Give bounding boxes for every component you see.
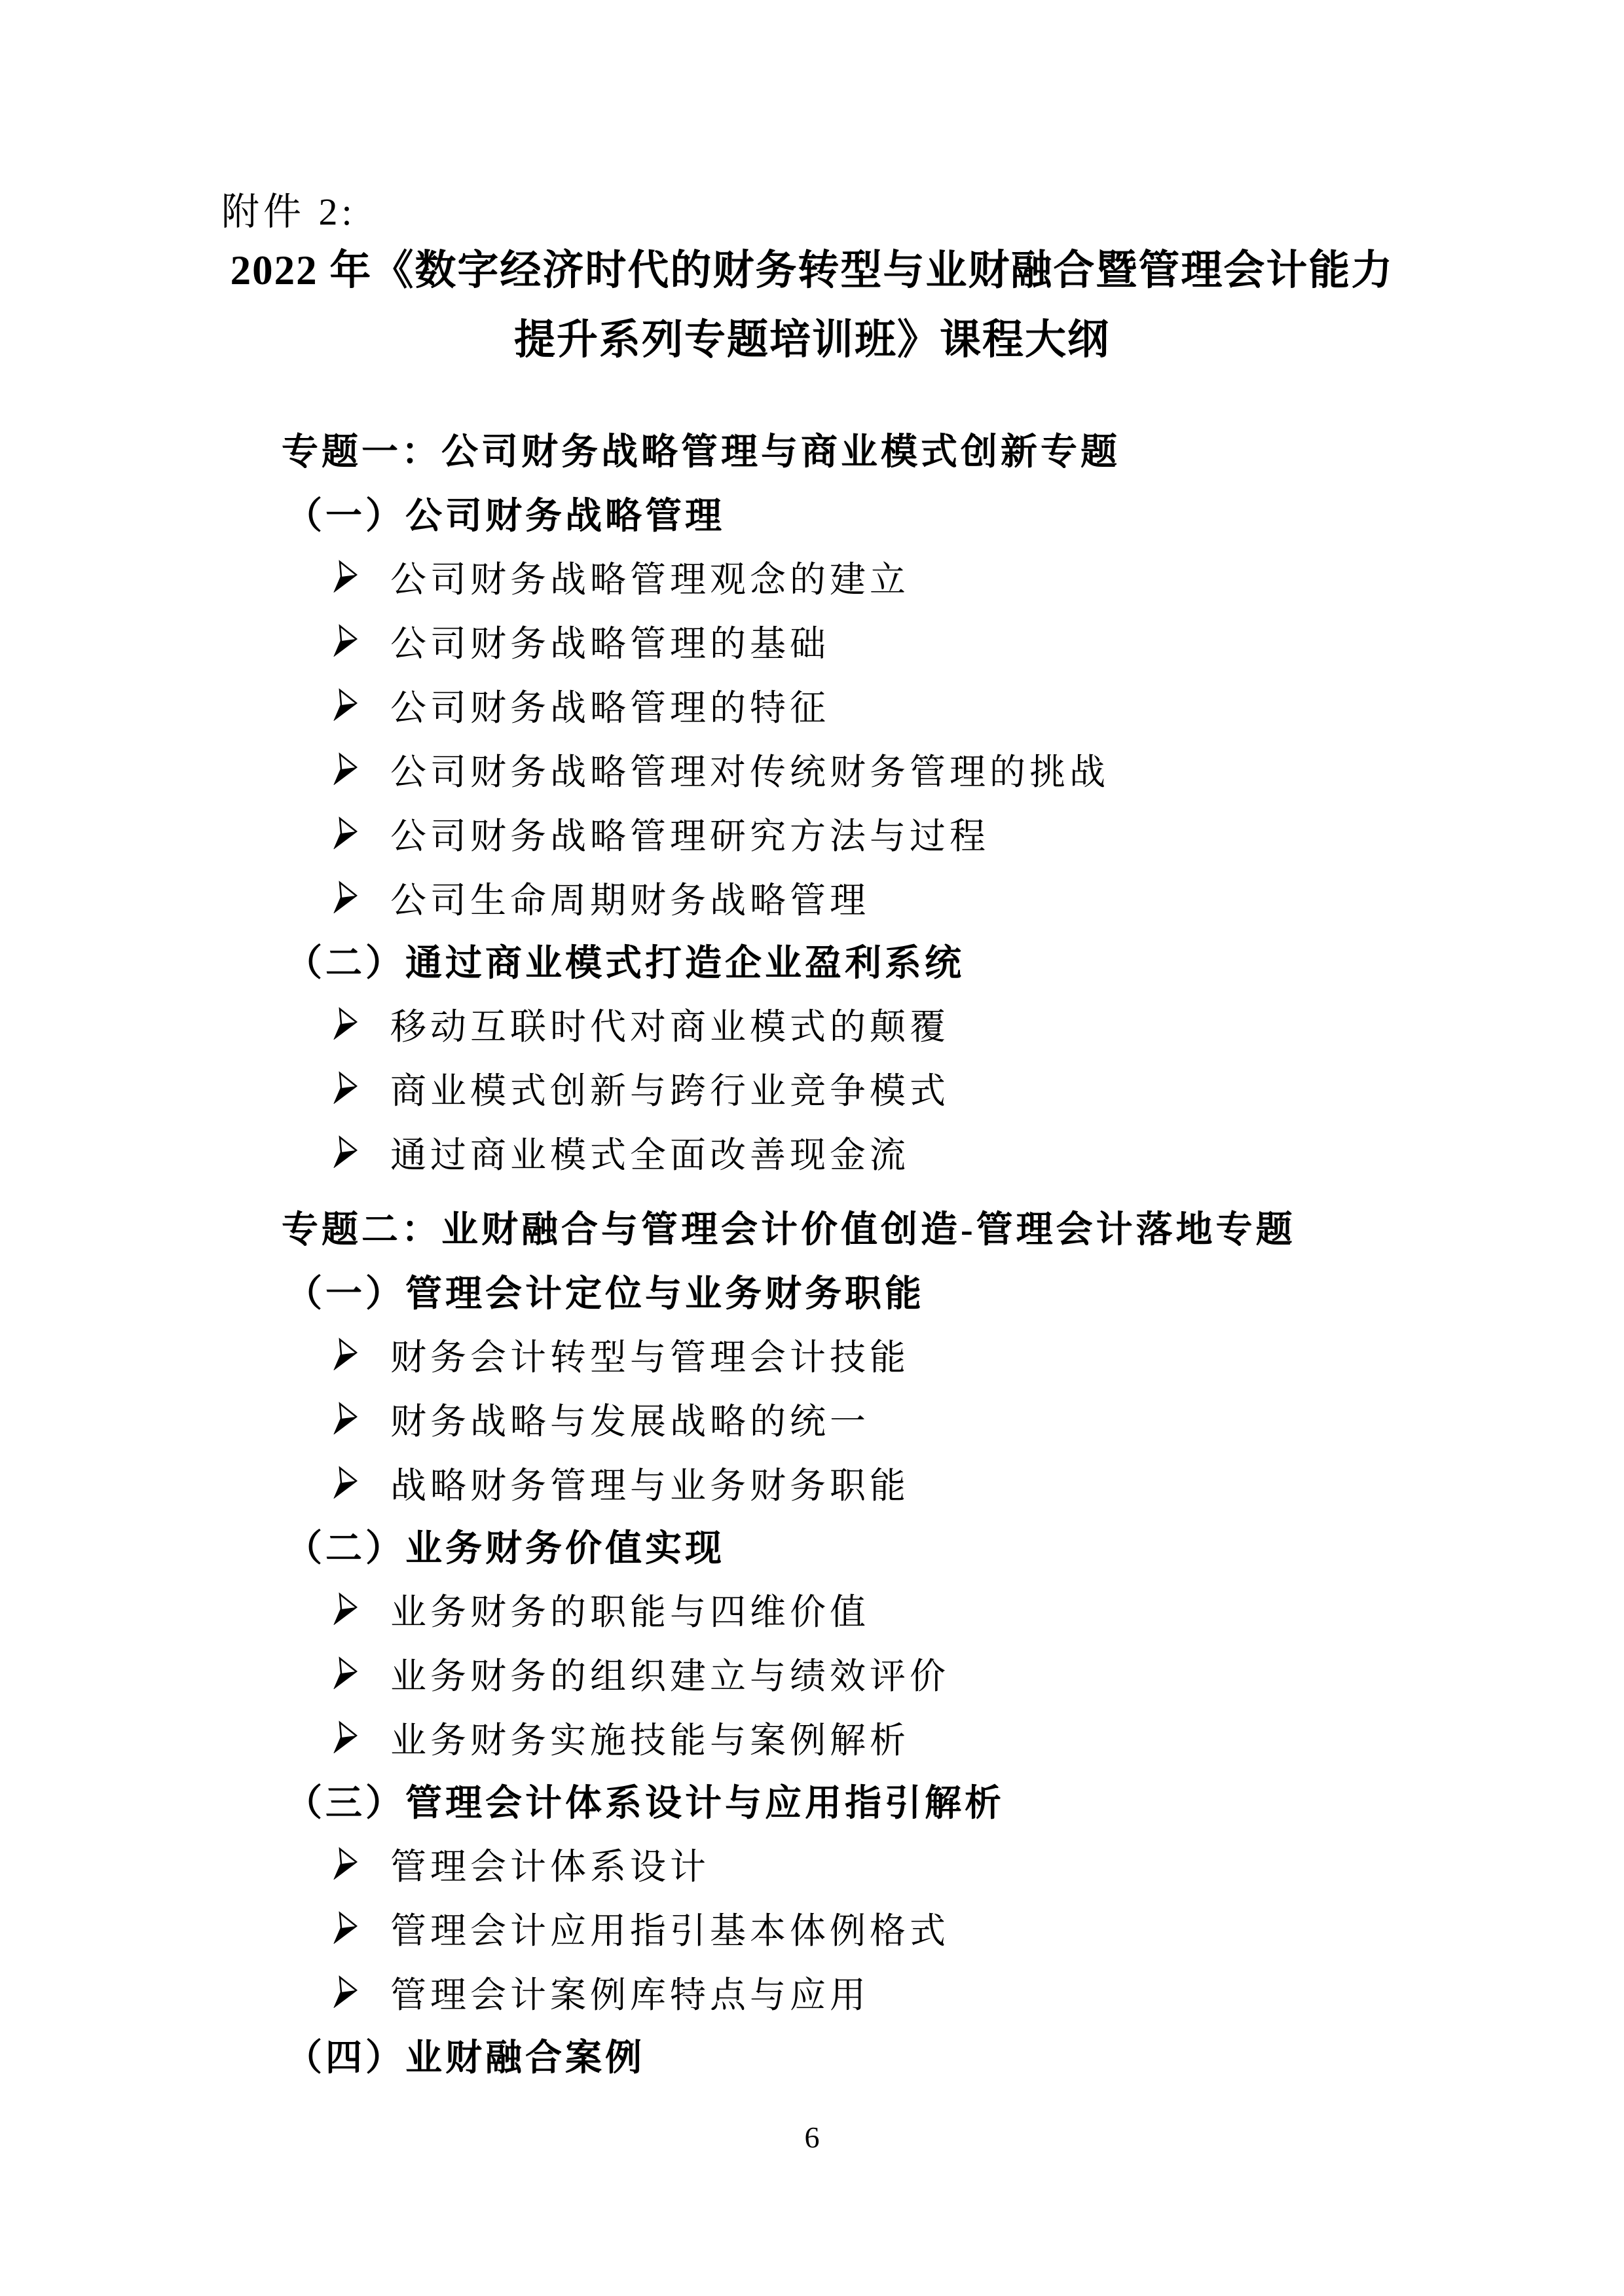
outline-item-text: 公司财务战略管理的基础 [390, 615, 830, 666]
outline-item-text: （四）业财融合案例 [286, 2029, 645, 2081]
outline-bullet-item: 公司财务战略管理对传统财务管理的挑战 [0, 737, 1624, 801]
outline-topic-heading: 专题一：公司财务战略管理与商业模式创新专题 [0, 416, 1624, 482]
outline-section-heading: （一）管理会计定位与业务财务职能 [0, 1260, 1624, 1322]
document-title: 2022 年《数字经济时代的财务转型与业财融合暨管理会计能力 提升系列专题培训班… [79, 236, 1545, 374]
outline-item-text: 公司财务战略管理的特征 [390, 679, 830, 731]
dart-arrow-icon [331, 1466, 358, 1499]
outline-item-text: （二）通过商业模式打造企业盈利系统 [286, 934, 965, 987]
page-number: 6 [0, 2120, 1624, 2155]
document-title-line2: 提升系列专题培训班》课程大纲 [79, 305, 1545, 374]
dart-arrow-icon [331, 1975, 358, 2008]
outline-bullet-item: 管理会计案例库特点与应用 [0, 1959, 1624, 2024]
outline-item-text: 公司财务战略管理观念的建立 [390, 551, 910, 602]
outline-item-text: 公司财务战略管理研究方法与过程 [390, 807, 989, 859]
outline-bullet-item: 财务战略与发展战略的统一 [0, 1386, 1624, 1450]
dart-arrow-icon [331, 1071, 358, 1104]
outline-bullet-item: 业务财务的职能与四维价值 [0, 1576, 1624, 1641]
dart-arrow-icon [331, 752, 358, 785]
outline-bullet-item: 商业模式创新与跨行业竞争模式 [0, 1055, 1624, 1120]
outline-item-text: 通过商业模式全面改善现金流 [390, 1126, 910, 1178]
outline-item-text: 专题一：公司财务战略管理与商业模式创新专题 [282, 423, 1120, 475]
outline-section-heading: （一）公司财务战略管理 [0, 482, 1624, 544]
outline-bullet-item: 业务财务实施技能与案例解析 [0, 1705, 1624, 1769]
dart-arrow-icon [331, 1911, 358, 1944]
outline-bullet-item: 通过商业模式全面改善现金流 [0, 1120, 1624, 1184]
dart-arrow-icon [331, 1135, 358, 1168]
outline-item-text: 业务财务的职能与四维价值 [390, 1583, 870, 1635]
outline-item-text: 管理会计案例库特点与应用 [390, 1966, 870, 2018]
outline-item-text: （二）业务财务价值实现 [286, 1520, 725, 1572]
outline-topic-heading: 专题二：业财融合与管理会计价值创造-管理会计落地专题 [0, 1194, 1624, 1260]
outline-item-text: 管理会计应用指引基本体例格式 [390, 1902, 950, 1954]
outline-bullet-item: 财务会计转型与管理会计技能 [0, 1322, 1624, 1386]
outline-bullet-item: 公司财务战略管理研究方法与过程 [0, 801, 1624, 865]
outline-bullet-item: 公司财务战略管理观念的建立 [0, 544, 1624, 608]
outline-item-text: 财务会计转型与管理会计技能 [390, 1328, 910, 1380]
document-title-line1: 2022 年《数字经济时代的财务转型与业财融合暨管理会计能力 [79, 236, 1545, 305]
outline-item-text: 业务财务实施技能与案例解析 [390, 1711, 910, 1763]
dart-arrow-icon [331, 560, 358, 592]
outline-bullet-item: 公司财务战略管理的特征 [0, 672, 1624, 737]
outline-bullet-item: 公司财务战略管理的基础 [0, 608, 1624, 672]
outline-item-text: 财务战略与发展战略的统一 [390, 1393, 870, 1444]
outline-section-heading: （二）通过商业模式打造企业盈利系统 [0, 929, 1624, 991]
outline-item-text: 管理会计体系设计 [390, 1838, 710, 1889]
outline-bullet-item: 公司生命周期财务战略管理 [0, 865, 1624, 929]
outline-item-text: （一）管理会计定位与业务财务职能 [286, 1265, 925, 1317]
dart-arrow-icon [331, 816, 358, 849]
dart-arrow-icon [331, 1402, 358, 1434]
outline-section-heading: （三）管理会计体系设计与应用指引解析 [0, 1769, 1624, 1831]
document-page: 附件 2: 2022 年《数字经济时代的财务转型与业财融合暨管理会计能力 提升系… [0, 0, 1624, 2296]
outline-section-heading: （四）业财融合案例 [0, 2024, 1624, 2086]
dart-arrow-icon [331, 688, 358, 721]
outline-section-heading: （二）业务财务价值实现 [0, 1514, 1624, 1576]
dart-arrow-icon [331, 1007, 358, 1040]
outline-item-text: 业务财务的组织建立与绩效评价 [390, 1647, 950, 1699]
outline-bullet-item: 战略财务管理与业务财务职能 [0, 1450, 1624, 1514]
dart-arrow-icon [331, 1338, 358, 1370]
dart-arrow-icon [331, 1847, 358, 1880]
dart-arrow-icon [331, 1592, 358, 1625]
dart-arrow-icon [331, 1721, 358, 1753]
outline-bullet-item: 业务财务的组织建立与绩效评价 [0, 1641, 1624, 1705]
outline-item-text: （一）公司财务战略管理 [286, 487, 725, 539]
outline-bullet-item: 移动互联时代对商业模式的颠覆 [0, 991, 1624, 1055]
outline-item-text: 专题二：业财融合与管理会计价值创造-管理会计落地专题 [282, 1201, 1296, 1253]
outline-item-text: 移动互联时代对商业模式的颠覆 [390, 998, 950, 1049]
dart-arrow-icon [331, 624, 358, 657]
outline-item-text: 公司生命周期财务战略管理 [390, 871, 870, 923]
course-outline: 专题一：公司财务战略管理与商业模式创新专题（一）公司财务战略管理公司财务战略管理… [0, 393, 1624, 2086]
outline-item-text: （三）管理会计体系设计与应用指引解析 [286, 1774, 1005, 1827]
dart-arrow-icon [331, 1656, 358, 1689]
attachment-label: 附件 2: [221, 181, 356, 236]
dart-arrow-icon [331, 881, 358, 913]
outline-item-text: 战略财务管理与业务财务职能 [390, 1457, 910, 1508]
outline-item-text: 公司财务战略管理对传统财务管理的挑战 [390, 743, 1109, 795]
outline-item-text: 商业模式创新与跨行业竞争模式 [390, 1062, 950, 1114]
outline-bullet-item: 管理会计体系设计 [0, 1831, 1624, 1895]
outline-bullet-item: 管理会计应用指引基本体例格式 [0, 1895, 1624, 1959]
